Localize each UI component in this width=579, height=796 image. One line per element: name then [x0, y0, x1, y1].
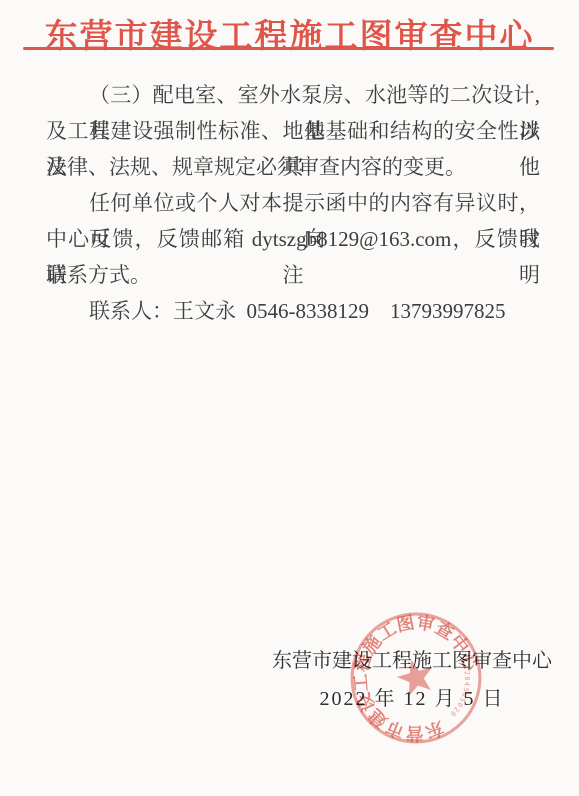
- signature-org: 东营市建设工程施工图审查中心: [268, 649, 556, 673]
- signature-date: 2022 年 12 月 5 日: [268, 687, 556, 711]
- signature-block: 东营市建设工程施工图审查中心 2022 年 12 月 5 日: [268, 649, 556, 711]
- paragraph2-line1: 任何单位或个人对本提示函中的内容有异议时，可向我: [46, 185, 540, 221]
- paragraph2-line2: 中心反馈，反馈邮箱 dytszgb8129@163.com，反馈时请注明: [46, 221, 540, 257]
- paragraph1-line2: 及工程建设强制性标准、地基基础和结构的安全性以及其他: [46, 113, 540, 149]
- paragraph1-line1: （三）配电室、室外水泵房、水池等的二次设计,其他涉: [46, 77, 540, 113]
- letterhead-divider: [23, 47, 554, 50]
- contact-line: 联系人：王文永 0546-8338129 13793997825: [46, 293, 540, 329]
- paragraph1-line3: 法律、法规、规章规定必须审查内容的变更。: [46, 149, 540, 185]
- document-body: （三）配电室、室外水泵房、水池等的二次设计,其他涉 及工程建设强制性标准、地基基…: [46, 77, 540, 329]
- document-page: 东营市建设工程施工图审查中心 （三）配电室、室外水泵房、水池等的二次设计,其他涉…: [0, 0, 579, 796]
